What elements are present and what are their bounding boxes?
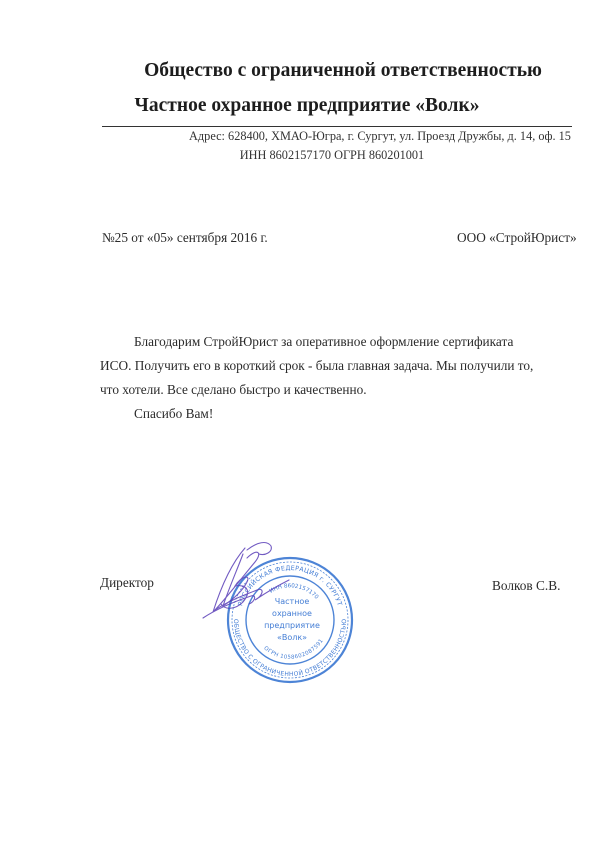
stamp-center-line: «Волк» xyxy=(277,633,307,642)
letter-recipient: ООО «СтройЮрист» xyxy=(457,230,577,246)
letter-body-line: ИСО. Получить его в короткий срок - была… xyxy=(100,358,533,374)
company-name: Частное охранное предприятие «Волк» xyxy=(0,95,595,117)
signer-position: Директор xyxy=(100,575,154,591)
company-address: Адрес: 628400, ХМАО-Югра, г. Сургут, ул.… xyxy=(95,129,595,144)
signer-name: Волков С.В. xyxy=(492,578,560,594)
letter-reference: №25 от «05» сентября 2016 г. xyxy=(102,230,268,246)
header-divider xyxy=(102,126,572,127)
company-legal-form: Общество с ограниченной ответственностью xyxy=(0,60,595,82)
letter-body-line: Благодарим СтройЮрист за оперативное офо… xyxy=(134,334,513,350)
company-registration: ИНН 8602157170 ОГРН 860201001 xyxy=(80,148,584,163)
letter-closing: Спасибо Вам! xyxy=(134,406,213,422)
handwritten-signature-icon xyxy=(185,540,305,630)
letter-body-line: что хотели. Все сделано быстро и качеств… xyxy=(100,382,367,398)
